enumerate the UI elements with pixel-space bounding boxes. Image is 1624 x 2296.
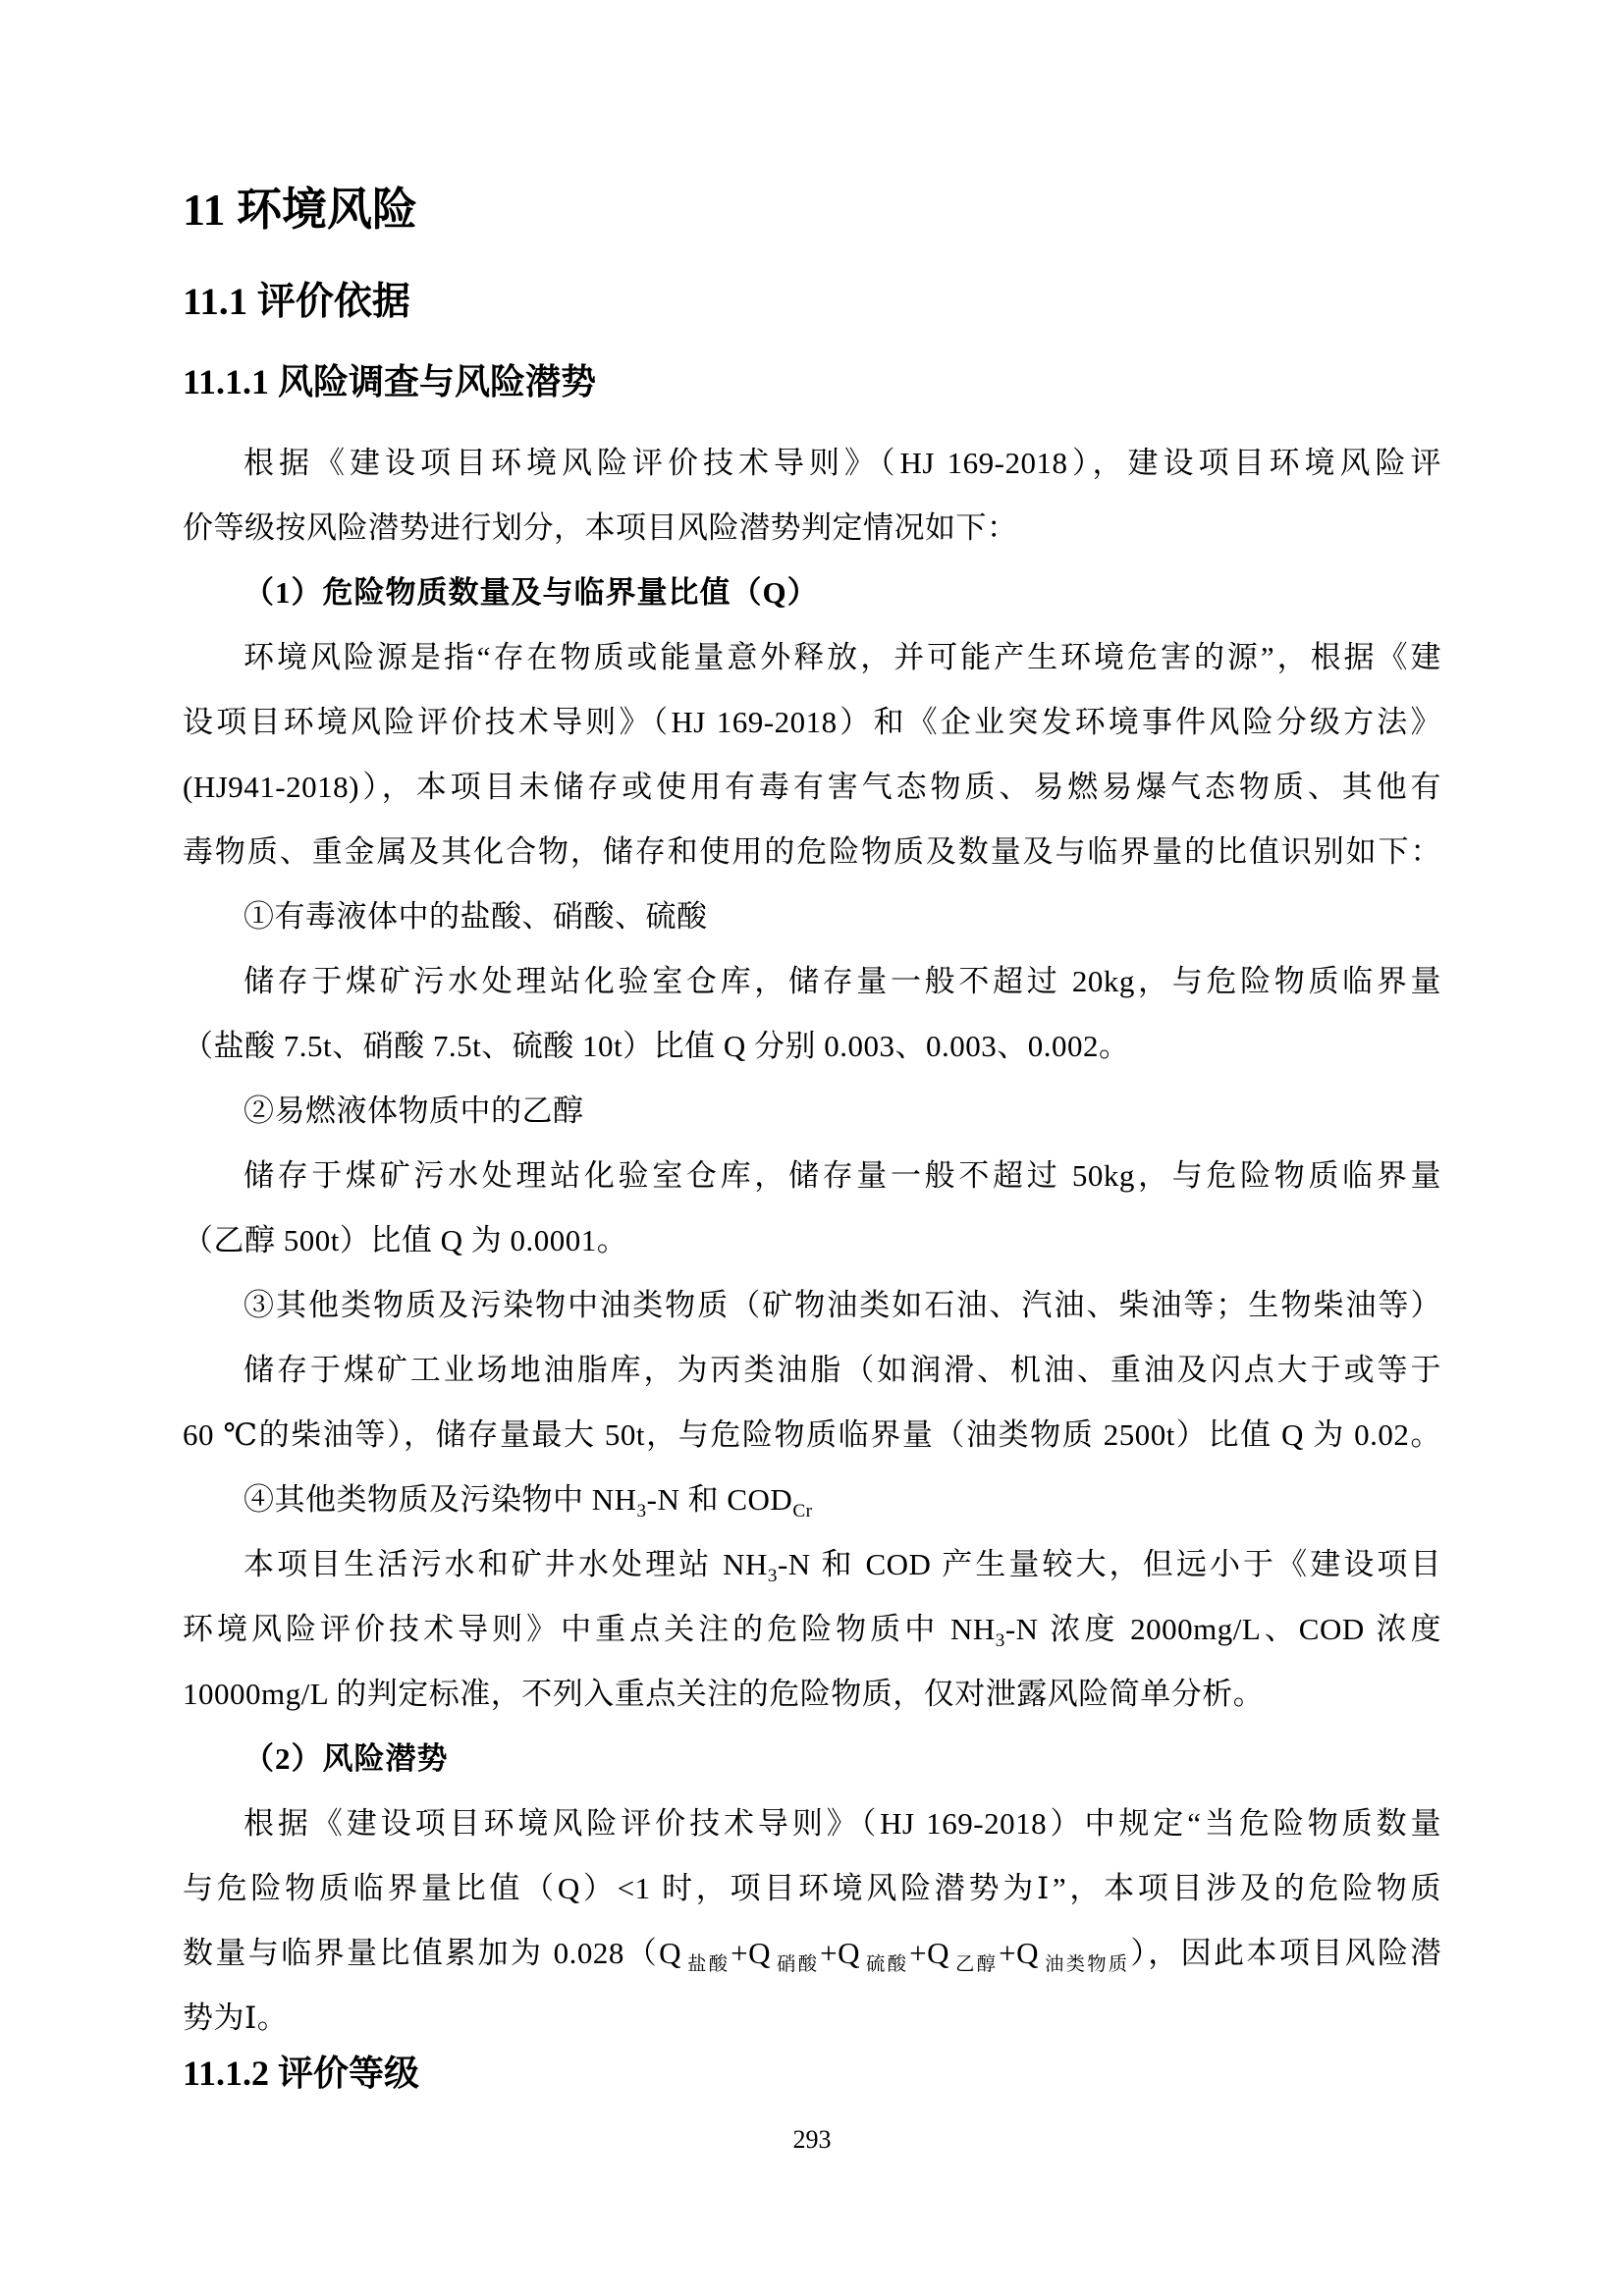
body-line: 设项目环境风险评价技术导则》（HJ 169-2018）和《企业突发环境事件风险分…	[183, 690, 1441, 755]
body-line: 环境风险源是指“存在物质或能量意外释放，并可能产生环境危害的源”，根据《建	[183, 625, 1441, 690]
list-item-1-toxic-liquids: ①有毒液体中的盐酸、硝酸、硫酸	[183, 884, 1441, 949]
text-run: ），因此本项目风险潜	[1130, 1936, 1441, 1970]
subscript: 硝酸	[775, 1954, 819, 1975]
subscript: 3	[768, 1566, 778, 1586]
chapter-title: 11 环境风险	[183, 0, 1441, 237]
subscript: 硫酸	[864, 1954, 908, 1975]
subsection-heading-risk-survey: 11.1.1 风险调查与风险潜势	[183, 361, 1441, 403]
body-line-q-formula: 数量与临界量比值累加为 0.028（Q盐酸+Q硝酸+Q硫酸+Q乙醇+Q油类物质）…	[183, 1921, 1441, 1986]
text-run: +Q	[999, 1936, 1039, 1970]
body-line: （乙醇 500t）比值 Q 为 0.0001。	[183, 1208, 1441, 1273]
subscript: 乙醇	[953, 1954, 998, 1975]
subscript: 油类物质	[1043, 1954, 1129, 1975]
body-line: 价等级按风险潜势进行划分，本项目风险潜势判定情况如下：	[183, 496, 1441, 561]
text-run: 环境风险评价技术导则》中重点关注的危险物质中 NH	[183, 1612, 996, 1646]
body-line: 势为Ⅰ。	[183, 1986, 1441, 2051]
body-line: 60 ℃的柴油等），储存量最大 50t，与危险物质临界量（油类物质 2500t）…	[183, 1403, 1441, 1468]
page-number: 293	[183, 2124, 1441, 2155]
document-page: 11 环境风险 11.1 评价依据 11.1.1 风险调查与风险潜势 根据《建设…	[0, 0, 1624, 2296]
text-run: 数量与临界量比值累加为 0.028（Q	[183, 1936, 681, 1970]
subscript: Cr	[792, 1501, 812, 1522]
body-line: 环境风险评价技术导则》中重点关注的危险物质中 NH3-N 浓度 2000mg/L…	[183, 1597, 1441, 1662]
text-run: +Q	[820, 1936, 860, 1970]
body-line: 10000mg/L 的判定标准，不列入重点关注的危险物质，仅对泄露风险简单分析。	[183, 1662, 1441, 1727]
body-text: 根据《建设项目环境风险评价技术导则》（HJ 169-2018），建设项目环境风险…	[183, 431, 1441, 2051]
sub-heading-risk-potential: （2）风险潜势	[183, 1727, 1441, 1791]
body-line: 根据《建设项目环境风险评价技术导则》（HJ 169-2018），建设项目环境风险…	[183, 431, 1441, 496]
subscript: 3	[996, 1630, 1005, 1651]
body-line: (HJ941-2018)），本项目未储存或使用有毒有害气态物质、易燃易爆气态物质…	[183, 755, 1441, 820]
page-content: 11 环境风险 11.1 评价依据 11.1.1 风险调查与风险潜势 根据《建设…	[183, 0, 1441, 2156]
body-line: 与危险物质临界量比值（Q）<1 时，项目环境风险潜势为Ⅰ”，本项目涉及的危险物质	[183, 1856, 1441, 1921]
body-line: （盐酸 7.5t、硝酸 7.5t、硫酸 10t）比值 Q 分别 0.003、0.…	[183, 1014, 1441, 1079]
text-run: 本项目生活污水和矿井水处理站 NH	[244, 1547, 768, 1581]
list-item-4-nh3n-cod: ④其他类物质及污染物中 NH3-N 和 CODCr	[183, 1468, 1441, 1532]
text-run: -N 和 COD 产生量较大，但远小于《建设项目	[778, 1547, 1441, 1581]
text-run: -N 浓度 2000mg/L、COD 浓度	[1005, 1612, 1441, 1646]
text-run: ④其他类物质及污染物中 NH	[244, 1482, 637, 1517]
body-line: 本项目生活污水和矿井水处理站 NH3-N 和 COD 产生量较大，但远小于《建设…	[183, 1532, 1441, 1597]
text-run: +Q	[909, 1936, 949, 1970]
body-line: 根据《建设项目环境风险评价技术导则》（HJ 169-2018）中规定“当危险物质…	[183, 1791, 1441, 1856]
list-item-2-flammable-ethanol: ②易燃液体物质中的乙醇	[183, 1079, 1441, 1144]
body-line: 储存于煤矿工业场地油脂库，为丙类油脂（如润滑、机油、重油及闪点大于或等于	[183, 1338, 1441, 1403]
list-item-3-oil-substances: ③其他类物质及污染物中油类物质（矿物油类如石油、汽油、柴油等；生物柴油等）	[183, 1273, 1441, 1338]
sub-heading-q-ratio: （1）危险物质数量及与临界量比值（Q）	[183, 561, 1441, 625]
subscript: 3	[637, 1501, 647, 1522]
body-line: 毒物质、重金属及其化合物，储存和使用的危险物质及数量及与临界量的比值识别如下：	[183, 820, 1441, 884]
section-heading-evaluation-basis: 11.1 评价依据	[183, 280, 1441, 326]
subsection-heading-evaluation-grade: 11.1.2 评价等级	[183, 2053, 1441, 2095]
text-run: -N 和 COD	[647, 1482, 793, 1517]
text-run: +Q	[731, 1936, 771, 1970]
body-line: 储存于煤矿污水处理站化验室仓库，储存量一般不超过 20kg，与危险物质临界量	[183, 949, 1441, 1014]
subscript: 盐酸	[685, 1954, 730, 1975]
body-line: 储存于煤矿污水处理站化验室仓库，储存量一般不超过 50kg，与危险物质临界量	[183, 1144, 1441, 1208]
